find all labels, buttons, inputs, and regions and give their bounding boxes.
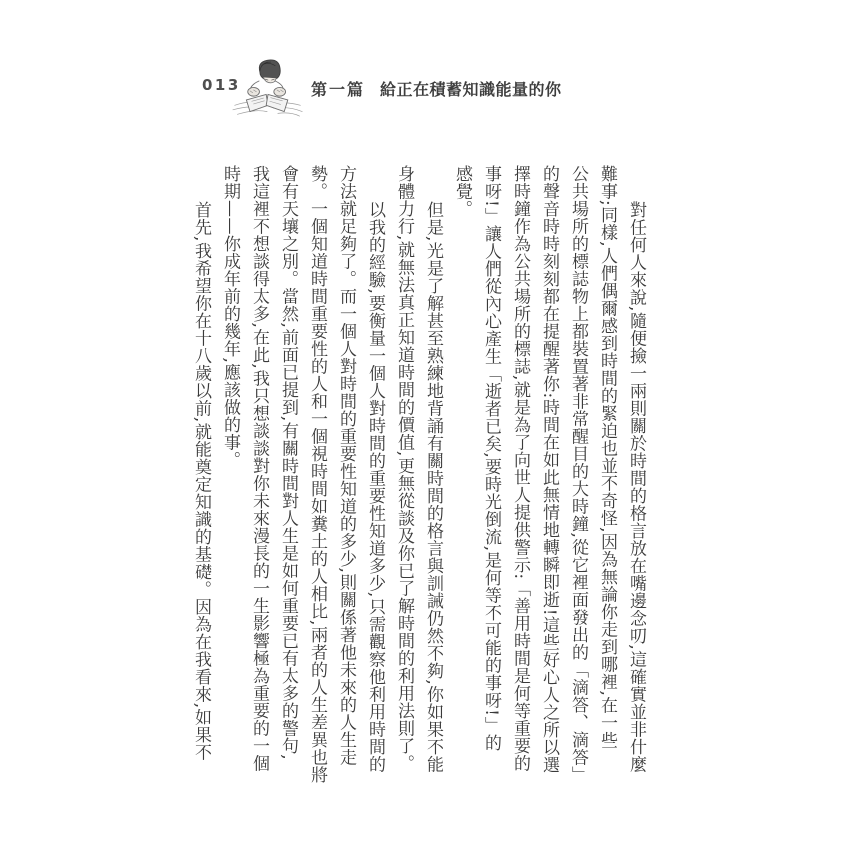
text-column: 事呀!」讓人們從內心產生「逝者已矣,要時光倒流,是何等不可能的事呀!」的 [476,165,505,767]
text-column: 會有天壤之別。當然,前面已提到,有關時間對人生是如何重要已有太多的警句, [273,165,302,767]
book-page: 013 [0,0,850,850]
text-column: 勢。一個知道時間重要性的人和一個視時間如糞土的人相比,兩者的人生差異也將 [302,165,331,767]
text-column: 但是,光是了解甚至熟練地背誦有關時間的格言與訓誡仍然不夠,你如果不能 [418,165,447,767]
text-column: 擇時鐘作為公共場所的標誌,就是為了向世人提供警示:「善用時間是何等重要的 [505,165,534,767]
text-column: 感覺。 [447,165,476,767]
sketch-illustration-icon [232,56,304,124]
text-column: 難事;同樣,人們偶爾感到時間的緊迫也並不奇怪,因為無論你走到哪裡,在一些 [592,165,621,767]
text-column: 的聲音時時刻刻都在提醒著你:時間在如此無情地轉瞬即逝!這些好心人之所以選 [534,165,563,767]
text-column: 我這裡不想談得太多,在此,我只想談談對你未來漫長的一生影響極為重要的一個 [244,165,273,767]
text-column: 公共場所的標誌物上都裝置著非常醒目的大時鐘,從它裡面發出的「滴答、滴答」 [563,165,592,767]
text-column: 對任何人來說,隨便撿一兩則關於時間的格言放在嘴邊念叨,這確實並非什麼 [621,165,650,767]
text-column: 首先,我希望你在十八歲以前,就能奠定知識的基礎。因為在我看來,如果不 [186,165,215,767]
text-column: 以我的經驗,要衡量一個人對時間的重要性知道多少,只需觀察他利用時間的 [360,165,389,767]
child-reading-book-illustration [232,56,304,124]
text-column: 時期——你成年前的幾年,應該做的事。 [215,165,244,767]
text-column: 方法就足夠了。而一個人對時間的重要性知道的多少,則關係著他未來的人生走 [331,165,360,767]
text-column: 身體力行,就無法真正知道時間的價值,更無從談及你已了解時間的利用法則了。 [389,165,418,767]
section-title: 給正在積蓄知識能量的你 [380,77,562,100]
section-label: 第一篇 [311,77,365,100]
vertical-text-block: 對任何人來說,隨便撿一兩則關於時間的格言放在嘴邊念叨,這確實並非什麼難事;同樣,… [186,165,650,767]
